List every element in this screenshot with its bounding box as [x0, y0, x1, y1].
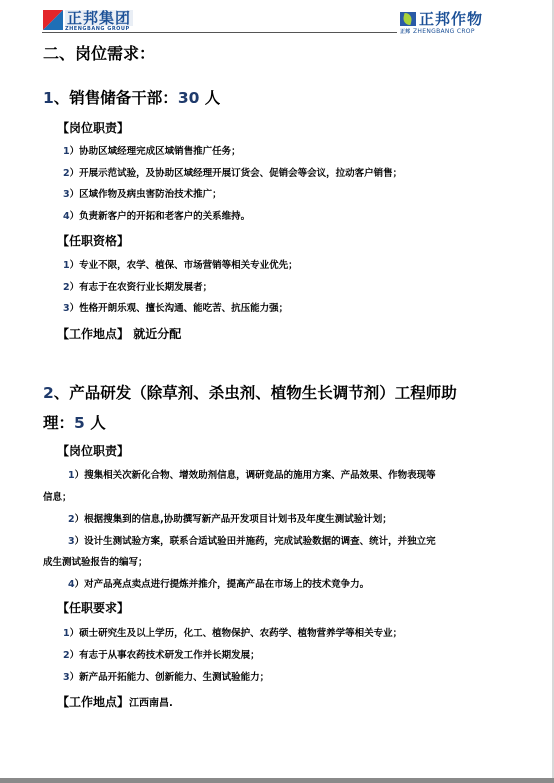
- zhengbang-group-logo: 正邦集团 ZHENGBANG GROUP: [43, 10, 133, 34]
- duty-item: 4）负责新客户的开拓和老客户的关系维持。: [63, 208, 250, 222]
- location-value: 就近分配: [129, 327, 181, 341]
- duty-item-cont: 信息；: [43, 489, 72, 503]
- crop-logo-en: ZHENGBANG CROP: [413, 28, 475, 35]
- headcount-unit: 人: [199, 89, 220, 107]
- duties-heading: 【岗位职责】: [57, 119, 129, 136]
- page-bottom-border: [0, 778, 554, 783]
- qualification-item: 1）硕士研究生及以上学历，化工、植物保护、农药学、植物营养学等相关专业；: [63, 625, 402, 639]
- qualification-item: 1）专业不限，农学、植保、市场营销等相关专业优先；: [63, 257, 298, 271]
- duty-item: 3）设计生测试验方案，联系合适试验田并施药，完成试验数据的调查、统计，并独立完: [68, 533, 436, 547]
- duties-heading: 【岗位职责】: [57, 442, 129, 459]
- section-title: 二、岗位需求：: [43, 41, 155, 64]
- crop-leaf-icon: [400, 12, 416, 26]
- position-name: 、销售储备干部：: [54, 89, 178, 107]
- qualification-item: 2）有志于在农资行业长期发展者；: [63, 279, 212, 293]
- headcount: 5: [74, 414, 85, 432]
- header-rule: [42, 32, 397, 33]
- group-logo-mark-icon: [43, 10, 63, 30]
- location-value: 江西南昌.: [129, 698, 173, 709]
- position-name: 、产品研发（除草剂、杀虫剂、植物生长调节剂）工程师助: [54, 384, 457, 402]
- document-page: 正邦集团 ZHENGBANG GROUP 正邦作物 正邦 ZHENGBANG C…: [0, 0, 554, 783]
- duty-item: 2）开展示范试验，及协助区域经理开展订货会、促销会等会议，拉动客户销售；: [63, 165, 402, 179]
- duty-item: 1）搜集相关次新化合物、增效助剂信息，调研竞品的施用方案、产品效果、作物表现等: [68, 467, 436, 481]
- duty-item: 4）对产品亮点卖点进行提炼并推介，提高产品在市场上的技术竞争力。: [68, 576, 369, 590]
- group-logo-cn: 正邦集团: [65, 10, 133, 26]
- crop-logo-small: 正邦: [400, 28, 410, 35]
- qualification-item: 2）有志于从事农药技术研发工作并长期发展；: [63, 647, 260, 661]
- work-location: 【工作地点】江西南昌.: [57, 693, 173, 710]
- position-1-title: 1、销售储备干部：30 人: [43, 86, 220, 108]
- position-number: 2: [43, 384, 54, 402]
- position-number: 1: [43, 89, 54, 107]
- duty-item: 2）根据搜集到的信息,协助撰写新产品开发项目计划书及年度生测试验计划；: [68, 511, 392, 525]
- qualifications-heading: 【任职要求】: [57, 599, 129, 616]
- duty-item: 1）协助区域经理完成区域销售推广任务；: [63, 143, 241, 157]
- duty-item: 3）区域作物及病虫害防治技术推广；: [63, 186, 222, 200]
- qualification-item: 3）新产品开拓能力、创新能力、生测试验能力；: [63, 669, 269, 683]
- zhengbang-crop-logo: 正邦作物 正邦 ZHENGBANG CROP: [400, 11, 483, 35]
- location-heading: 【工作地点】: [57, 327, 129, 341]
- work-location: 【工作地点】 就近分配: [57, 325, 181, 342]
- headcount-unit: 人: [85, 414, 106, 432]
- headcount: 30: [178, 89, 200, 107]
- position-2-title: 2、产品研发（除草剂、杀虫剂、植物生长调节剂）工程师助: [43, 381, 457, 403]
- qualification-item: 3）性格开朗乐观、擅长沟通、能吃苦、抗压能力强；: [63, 300, 288, 314]
- crop-logo-cn: 正邦作物: [419, 11, 483, 27]
- qualifications-heading: 【任职资格】: [57, 232, 129, 249]
- position-2-title-cont: 理：5 人: [43, 411, 106, 433]
- location-heading: 【工作地点】: [57, 695, 129, 709]
- duty-item-cont: 成生测试验报告的编写；: [43, 554, 148, 568]
